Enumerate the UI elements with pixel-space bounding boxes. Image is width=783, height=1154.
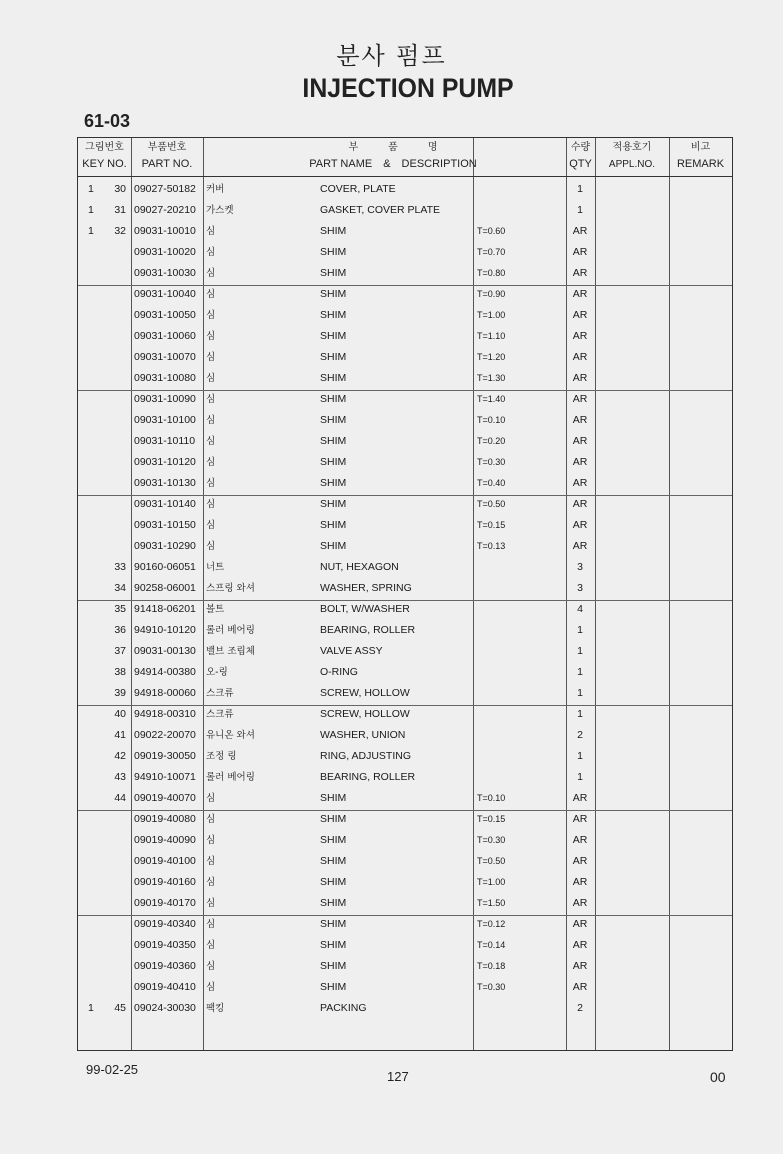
table-row: 4409019-40070심SHIMT=0.10AR [78,788,732,809]
cell-name-en: SHIM [320,410,346,431]
cell-name-ko: 커버 [206,179,224,200]
cell-qty: 2 [556,725,604,746]
cell-part-no: 09031-10030 [134,263,196,284]
cell-spec: T=0.12 [477,914,505,935]
table-row: 09031-10290심SHIMT=0.13AR [78,536,732,557]
cell-name-ko: 심 [206,305,215,326]
cell-name-en: BOLT, W/WASHER [320,599,410,620]
cell-qty: 3 [556,578,604,599]
header-qty-en: QTY [566,156,595,173]
cell-part-no: 09031-10060 [134,326,196,347]
cell-name-ko: 심 [206,326,215,347]
cell-part-no: 09031-10040 [134,284,196,305]
cell-spec: T=1.40 [477,389,505,410]
cell-name-en: SCREW, HOLLOW [320,683,410,704]
cell-name-ko: 스프링 와셔 [206,578,255,599]
header-name-en: PART NAME & DESCRIPTION [203,156,583,173]
footer-page-number: 127 [387,1069,409,1084]
cell-part-no: 94918-00060 [134,683,196,704]
cell-qty: AR [556,431,604,452]
parts-table: 그림번호 KEY NO. 부품번호 PART NO. 부 품 명 PART NA… [77,137,733,1051]
cell-part-no: 90258-06001 [134,578,196,599]
cell-name-en: SHIM [320,536,346,557]
cell-name-ko: 심 [206,956,215,977]
cell-spec: T=0.30 [477,830,505,851]
table-row: 09031-10130심SHIMT=0.40AR [78,473,732,494]
table-row: 09031-10120심SHIMT=0.30AR [78,452,732,473]
cell-name-en: SHIM [320,242,346,263]
cell-part-no: 09019-40100 [134,851,196,872]
cell-qty: AR [556,935,604,956]
cell-name-en: WASHER, UNION [320,725,405,746]
table-row: 13209031-10010심SHIMT=0.60AR [78,221,732,242]
cell-name-en: O-RING [320,662,358,683]
cell-spec: T=1.50 [477,893,505,914]
cell-qty: AR [556,305,604,326]
cell-qty: AR [556,536,604,557]
cell-name-ko: 롤러 베어링 [206,767,255,788]
cell-qty: AR [556,368,604,389]
cell-name-en: SHIM [320,347,346,368]
cell-qty: AR [556,221,604,242]
cell-name-ko: 조정 링 [206,746,237,767]
cell-spec: T=0.15 [477,809,505,830]
cell-name-en: SHIM [320,221,346,242]
table-row: 14509024-30030팩킹PACKING2 [78,998,732,1019]
table-row: 09031-10100심SHIMT=0.10AR [78,410,732,431]
cell-key: 38 [104,662,126,683]
cell-name-ko: 스크류 [206,704,234,725]
cell-key: 39 [104,683,126,704]
cell-name-en: SHIM [320,977,346,998]
cell-spec: T=0.30 [477,452,505,473]
table-row: 4394910-10071롤러 베어링BEARING, ROLLER1 [78,767,732,788]
header-part-name: 부 품 명 PART NAME & DESCRIPTION [203,139,583,173]
table-row: 09031-10020심SHIMT=0.70AR [78,242,732,263]
cell-qty: AR [556,809,604,830]
cell-name-en: SHIM [320,452,346,473]
table-row: 09019-40350심SHIMT=0.14AR [78,935,732,956]
cell-spec: T=1.00 [477,872,505,893]
cell-part-no: 09031-10140 [134,494,196,515]
cell-qty: AR [556,872,604,893]
cell-name-en: SHIM [320,263,346,284]
cell-spec: T=0.13 [477,536,505,557]
cell-part-no: 09031-10090 [134,389,196,410]
cell-spec: T=0.90 [477,284,505,305]
table-row: 09019-40100심SHIMT=0.50AR [78,851,732,872]
table-row: 3709031-00130밸브 조립체VALVE ASSY1 [78,641,732,662]
cell-key: 45 [104,998,126,1019]
cell-name-ko: 심 [206,242,215,263]
cell-name-ko: 팩킹 [206,998,224,1019]
cell-key: 34 [104,578,126,599]
cell-name-en: SHIM [320,515,346,536]
table-row: 09031-10070심SHIMT=1.20AR [78,347,732,368]
cell-name-en: SHIM [320,809,346,830]
header-key-no: 그림번호 KEY NO. [78,139,131,173]
cell-key: 31 [104,200,126,221]
page-title: INJECTION PUMP [33,73,783,104]
cell-name-ko: 가스켓 [206,200,234,221]
section-number: 61-03 [84,111,130,132]
cell-qty: AR [556,788,604,809]
cell-qty: AR [556,851,604,872]
header-key-ko: 그림번호 [78,139,131,156]
cell-name-en: SHIM [320,830,346,851]
table-row: 09031-10060심SHIMT=1.10AR [78,326,732,347]
table-row: 3694910-10120롤러 베어링BEARING, ROLLER1 [78,620,732,641]
table-row: 09019-40360심SHIMT=0.18AR [78,956,732,977]
cell-name-ko: 심 [206,368,215,389]
cell-key: 44 [104,788,126,809]
table-row: 09019-40170심SHIMT=1.50AR [78,893,732,914]
table-row: 09019-40340심SHIMT=0.12AR [78,914,732,935]
cell-name-en: SHIM [320,305,346,326]
cell-part-no: 94918-00310 [134,704,196,725]
cell-name-ko: 스크류 [206,683,234,704]
cell-part-no: 90160-06051 [134,557,196,578]
header-part-no: 부품번호 PART NO. [131,139,203,173]
cell-qty: AR [556,830,604,851]
header-part-ko: 부품번호 [131,139,203,156]
cell-part-no: 09031-00130 [134,641,196,662]
cell-part-no: 09019-40350 [134,935,196,956]
cell-qty: AR [556,389,604,410]
cell-spec: T=0.10 [477,788,505,809]
cell-spec: T=1.20 [477,347,505,368]
cell-name-en: SHIM [320,914,346,935]
cell-part-no: 09019-40160 [134,872,196,893]
cell-name-ko: 심 [206,893,215,914]
cell-spec: T=0.15 [477,515,505,536]
cell-name-ko: 심 [206,851,215,872]
table-row: 09031-10110심SHIMT=0.20AR [78,431,732,452]
table-row: 09031-10080심SHIMT=1.30AR [78,368,732,389]
cell-name-ko: 심 [206,494,215,515]
cell-qty: AR [556,347,604,368]
cell-part-no: 09019-40070 [134,788,196,809]
cell-name-en: GASKET, COVER PLATE [320,200,440,221]
cell-qty: 1 [556,704,604,725]
cell-name-en: BEARING, ROLLER [320,767,415,788]
cell-fig: 1 [88,200,100,221]
cell-name-en: SHIM [320,956,346,977]
cell-name-ko: 심 [206,977,215,998]
cell-qty: AR [556,914,604,935]
cell-spec: T=0.40 [477,473,505,494]
cell-name-en: SHIM [320,326,346,347]
cell-qty: 1 [556,767,604,788]
cell-name-en: SHIM [320,851,346,872]
cell-part-no: 09031-10010 [134,221,196,242]
cell-name-en: SHIM [320,788,346,809]
table-row: 09031-10040심SHIMT=0.90AR [78,284,732,305]
cell-name-en: SHIM [320,494,346,515]
header-appl-ko: 적용호기 [595,139,669,156]
cell-spec: T=1.00 [477,305,505,326]
cell-qty: AR [556,893,604,914]
cell-qty: AR [556,263,604,284]
cell-part-no: 09019-30050 [134,746,196,767]
cell-spec: T=1.30 [477,368,505,389]
table-row: 13109027-20210가스켓GASKET, COVER PLATE1 [78,200,732,221]
table-row: 09019-40080심SHIMT=0.15AR [78,809,732,830]
header-name-ko: 부 품 명 [203,139,583,156]
cell-name-ko: 심 [206,452,215,473]
cell-qty: AR [556,326,604,347]
cell-name-ko: 심 [206,473,215,494]
cell-part-no: 09019-40170 [134,893,196,914]
page-title-korean: 분사 펌프 [0,36,783,71]
cell-name-en: SHIM [320,893,346,914]
cell-part-no: 94910-10120 [134,620,196,641]
cell-key: 32 [104,221,126,242]
cell-name-en: COVER, PLATE [320,179,396,200]
cell-qty: 3 [556,557,604,578]
header-key-en: KEY NO. [78,156,131,173]
cell-key: 43 [104,767,126,788]
cell-qty: AR [556,284,604,305]
cell-part-no: 91418-06201 [134,599,196,620]
cell-spec: T=0.14 [477,935,505,956]
cell-key: 36 [104,620,126,641]
cell-qty: AR [556,452,604,473]
cell-name-en: SHIM [320,389,346,410]
table-row: 09031-10050심SHIMT=1.00AR [78,305,732,326]
cell-name-ko: 심 [206,515,215,536]
cell-name-ko: 심 [206,809,215,830]
cell-qty: AR [556,494,604,515]
cell-key: 42 [104,746,126,767]
table-row: 3390160-06051너트NUT, HEXAGON3 [78,557,732,578]
cell-part-no: 09019-40360 [134,956,196,977]
cell-part-no: 09031-10150 [134,515,196,536]
cell-name-ko: 오-링 [206,662,228,683]
cell-name-ko: 심 [206,410,215,431]
cell-name-en: VALVE ASSY [320,641,383,662]
cell-key: 37 [104,641,126,662]
cell-part-no: 09031-10110 [134,431,195,452]
cell-spec: T=0.30 [477,977,505,998]
cell-key: 30 [104,179,126,200]
table-row: 3591418-06201볼트BOLT, W/WASHER4 [78,599,732,620]
table-row: 09019-40160심SHIMT=1.00AR [78,872,732,893]
cell-part-no: 09031-10050 [134,305,196,326]
table-row: 3894914-00380오-링O-RING1 [78,662,732,683]
cell-name-ko: 심 [206,914,215,935]
cell-qty: 1 [556,200,604,221]
cell-name-ko: 너트 [206,557,224,578]
cell-spec: T=0.20 [477,431,505,452]
table-row: 09031-10150심SHIMT=0.15AR [78,515,732,536]
cell-name-ko: 심 [206,935,215,956]
cell-spec: T=0.10 [477,410,505,431]
cell-qty: 1 [556,620,604,641]
header-appl-en: APPL.NO. [595,156,669,173]
header-qty: 수량 QTY [566,139,595,173]
cell-name-ko: 밸브 조립체 [206,641,255,662]
table-row: 4209019-30050조정 링RING, ADJUSTING1 [78,746,732,767]
table-row: 09031-10140심SHIMT=0.50AR [78,494,732,515]
cell-part-no: 09031-10120 [134,452,196,473]
cell-fig: 1 [88,998,100,1019]
cell-name-en: SCREW, HOLLOW [320,704,410,725]
table-row: 3994918-00060스크류SCREW, HOLLOW1 [78,683,732,704]
cell-qty: 2 [556,998,604,1019]
cell-part-no: 94910-10071 [134,767,196,788]
cell-qty: 1 [556,662,604,683]
cell-part-no: 09019-40080 [134,809,196,830]
table-row: 4109022-20070유니온 와셔WASHER, UNION2 [78,725,732,746]
cell-name-ko: 심 [206,221,215,242]
cell-part-no: 09019-40090 [134,830,196,851]
header-remark-en: REMARK [669,156,732,173]
cell-spec: T=0.80 [477,263,505,284]
cell-qty: AR [556,515,604,536]
cell-fig: 1 [88,221,100,242]
cell-qty: 1 [556,641,604,662]
cell-qty: 1 [556,179,604,200]
cell-spec: T=1.10 [477,326,505,347]
cell-name-en: SHIM [320,935,346,956]
cell-name-ko: 심 [206,347,215,368]
header-divider [78,176,732,177]
cell-part-no: 09031-10130 [134,473,196,494]
cell-name-ko: 유니온 와셔 [206,725,255,746]
cell-name-en: WASHER, SPRING [320,578,412,599]
cell-name-en: RING, ADJUSTING [320,746,411,767]
cell-part-no: 09019-40410 [134,977,196,998]
cell-name-en: SHIM [320,284,346,305]
cell-name-ko: 심 [206,431,215,452]
cell-name-en: PACKING [320,998,366,1019]
cell-spec: T=0.60 [477,221,505,242]
table-row: 09031-10030심SHIMT=0.80AR [78,263,732,284]
cell-qty: 4 [556,599,604,620]
cell-fig: 1 [88,179,100,200]
cell-part-no: 09019-40340 [134,914,196,935]
cell-part-no: 09031-10080 [134,368,196,389]
cell-key: 33 [104,557,126,578]
header-remark-ko: 비고 [669,139,732,156]
footer-date: 99-02-25 [86,1062,138,1077]
cell-part-no: 09027-20210 [134,200,196,221]
cell-name-ko: 심 [206,830,215,851]
cell-key: 41 [104,725,126,746]
cell-part-no: 09031-10100 [134,410,196,431]
header-qty-ko: 수량 [566,139,595,156]
cell-name-ko: 심 [206,389,215,410]
cell-key: 35 [104,599,126,620]
cell-name-en: SHIM [320,473,346,494]
cell-part-no: 09024-30030 [134,998,196,1019]
header-part-en: PART NO. [131,156,203,173]
cell-spec: T=0.18 [477,956,505,977]
cell-part-no: 09031-10020 [134,242,196,263]
cell-qty: AR [556,977,604,998]
table-row: 3490258-06001스프링 와셔WASHER, SPRING3 [78,578,732,599]
cell-name-en: BEARING, ROLLER [320,620,415,641]
footer-revision: 00 [710,1069,726,1085]
cell-qty: 1 [556,683,604,704]
cell-key: 40 [104,704,126,725]
table-row: 4094918-00310스크류SCREW, HOLLOW1 [78,704,732,725]
cell-name-en: NUT, HEXAGON [320,557,399,578]
header-appl-no: 적용호기 APPL.NO. [595,139,669,173]
cell-qty: AR [556,473,604,494]
cell-part-no: 09031-10070 [134,347,196,368]
table-row: 09019-40090심SHIMT=0.30AR [78,830,732,851]
table-row: 09019-40410심SHIMT=0.30AR [78,977,732,998]
cell-qty: AR [556,410,604,431]
cell-spec: T=0.50 [477,851,505,872]
cell-name-en: SHIM [320,872,346,893]
cell-spec: T=0.70 [477,242,505,263]
cell-name-ko: 볼트 [206,599,224,620]
cell-qty: AR [556,956,604,977]
cell-qty: 1 [556,746,604,767]
cell-name-ko: 심 [206,263,215,284]
cell-qty: AR [556,242,604,263]
cell-name-ko: 심 [206,284,215,305]
cell-name-ko: 심 [206,536,215,557]
table-row: 13009027-50182커버COVER, PLATE1 [78,179,732,200]
cell-part-no: 09031-10290 [134,536,196,557]
cell-part-no: 09027-50182 [134,179,196,200]
cell-name-ko: 심 [206,788,215,809]
header-remark: 비고 REMARK [669,139,732,173]
cell-name-en: SHIM [320,431,346,452]
cell-name-en: SHIM [320,368,346,389]
cell-part-no: 09022-20070 [134,725,196,746]
cell-name-ko: 롤러 베어링 [206,620,255,641]
cell-name-ko: 심 [206,872,215,893]
cell-part-no: 94914-00380 [134,662,196,683]
table-row: 09031-10090심SHIMT=1.40AR [78,389,732,410]
cell-spec: T=0.50 [477,494,505,515]
